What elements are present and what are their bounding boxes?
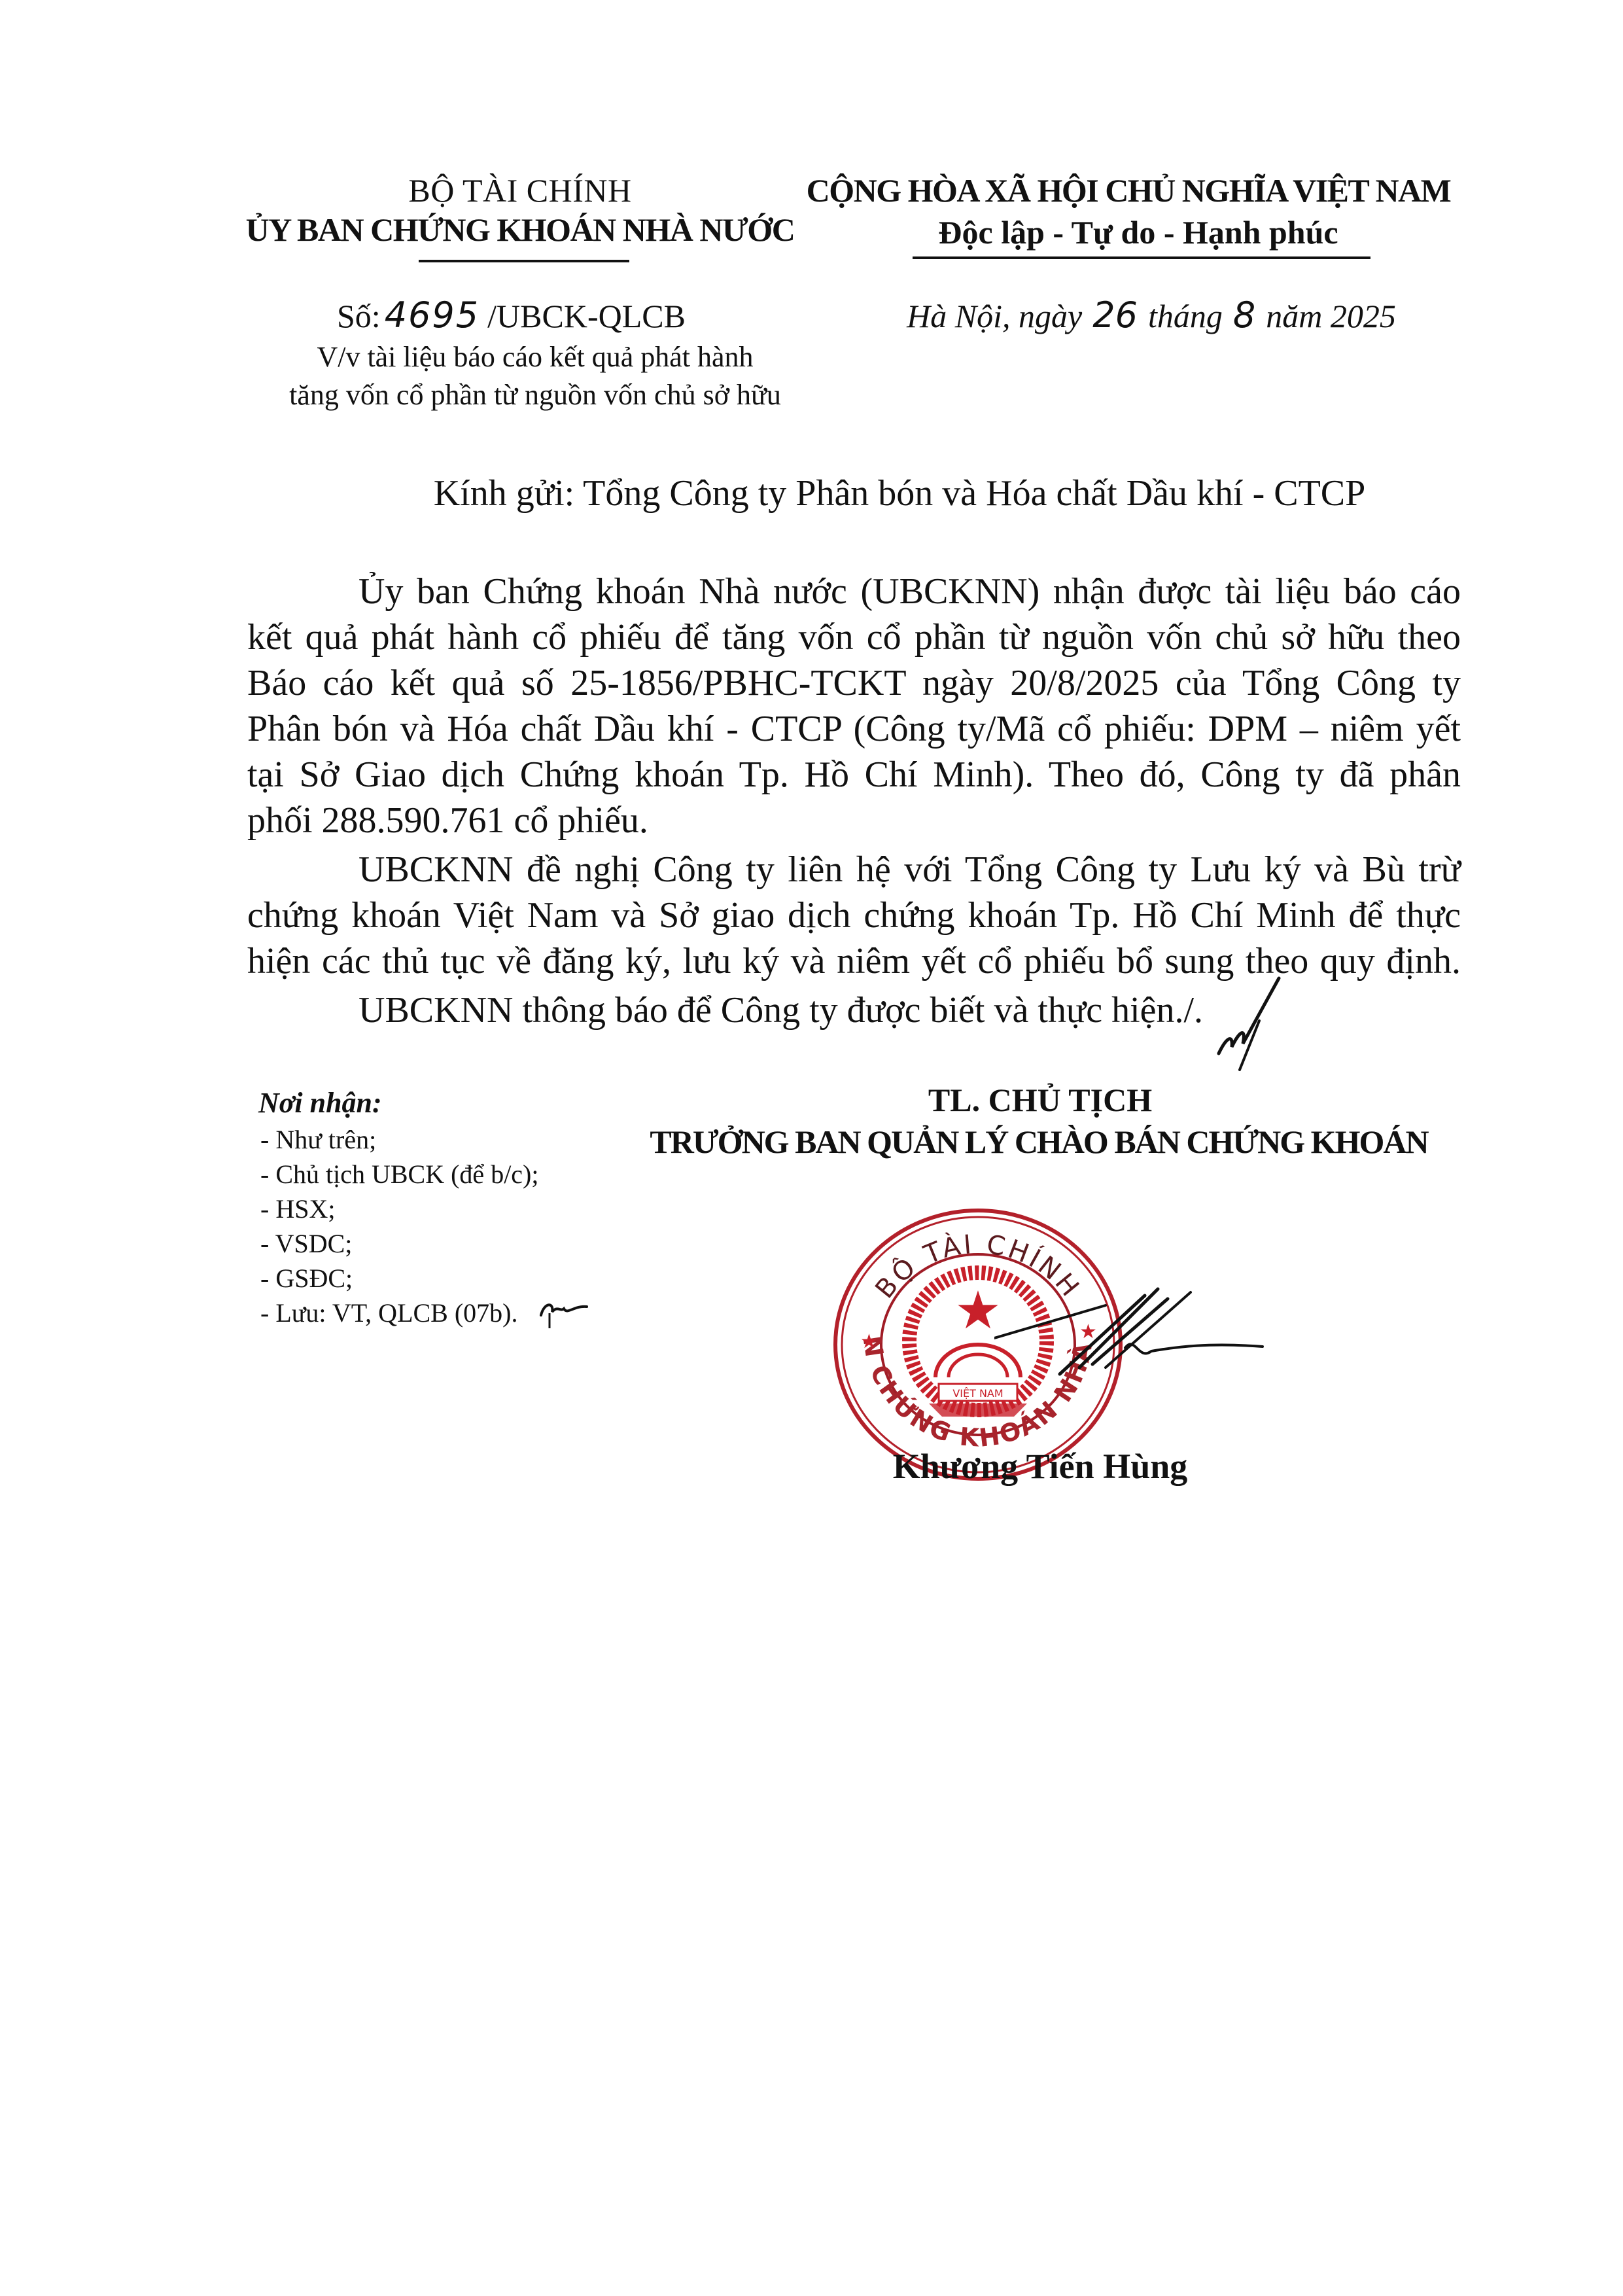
body-p1-line: kết quả phát hành cổ phiếu để tăng vốn c… [247,616,1461,658]
archive-initials-icon [538,1299,590,1332]
reference-suffix: /UBCK-QLCB [487,298,686,334]
subject-line-1: V/v tài liệu báo cáo kết quả phát hành [317,340,753,374]
subject-line-2: tăng vốn cổ phần từ nguồn vốn chủ sở hữu [289,378,781,412]
handwritten-signature-icon [994,1269,1269,1413]
national-motto: Độc lập - Tự do - Hạnh phúc [938,213,1338,251]
svg-text:★: ★ [860,1330,878,1353]
distribution-item: - GSĐC; [260,1263,353,1294]
signature-position: TRƯỞNG BAN QUẢN LÝ CHÀO BÁN CHỨNG KHOÁN [650,1123,1427,1161]
body-p1-line: Ủy ban Chứng khoán Nhà nước (UBCKNN) nhậ… [358,571,1461,612]
initials-mark-icon [1213,975,1285,1073]
ministry-name: BỘ TÀI CHÍNH [408,171,631,209]
body-p2-line: chứng khoán Việt Nam và Sở giao dịch chứ… [247,894,1461,936]
date-year: năm 2025 [1266,298,1396,334]
body-p2-line: UBCKNN đề nghị Công ty liên hệ với Tổng … [358,849,1461,891]
reference-prefix: Số: [337,298,381,334]
national-title: CỘNG HÒA XÃ HỘI CHỦ NGHĨA VIỆT NAM [807,171,1451,209]
date-day: 26 [1092,294,1138,336]
date-month: 8 [1233,294,1255,336]
body-p1-line: Báo cáo kết quả số 25-1856/PBHC-TCKT ngà… [247,662,1461,704]
signer-name: Khương Tiến Hùng [893,1446,1188,1487]
distribution-item: - Lưu: VT, QLCB (07b). [260,1298,518,1328]
distribution-item: - VSDC; [260,1228,352,1259]
distribution-item: - Chủ tịch UBCK (để b/c); [260,1159,539,1190]
issue-date: Hà Nội, ngày26tháng8năm 2025 [907,294,1396,336]
body-p1-line: phối 288.590.761 cổ phiếu. [247,800,1461,841]
body-p1-line: Phân bón và Hóa chất Dầu khí - CTCP (Côn… [247,708,1461,750]
distribution-item: - Như trên; [260,1124,376,1155]
date-place: Hà Nội, ngày [907,298,1082,334]
reference-number: Số:4695/UBCK-QLCB [337,294,686,336]
distribution-item: - HSX; [260,1193,335,1224]
reference-handwritten-number: 4695 [385,294,480,336]
header-divider-left [419,260,629,262]
date-month-label: tháng [1148,298,1223,334]
signature-on-behalf: TL. CHỦ TỊCH [928,1081,1152,1119]
agency-name: ỦY BAN CHỨNG KHOÁN NHÀ NƯỚC [246,211,795,249]
header-divider-right [913,256,1370,259]
body-p1-line: tại Sở Giao dịch Chứng khoán Tp. Hồ Chí … [247,754,1461,796]
distribution-title: Nơi nhận: [258,1086,382,1120]
body-p3-line: UBCKNN thông báo để Công ty được biết và… [358,989,1461,1031]
recipient-line: Kính gửi: Tổng Công ty Phân bón và Hóa c… [434,472,1366,514]
